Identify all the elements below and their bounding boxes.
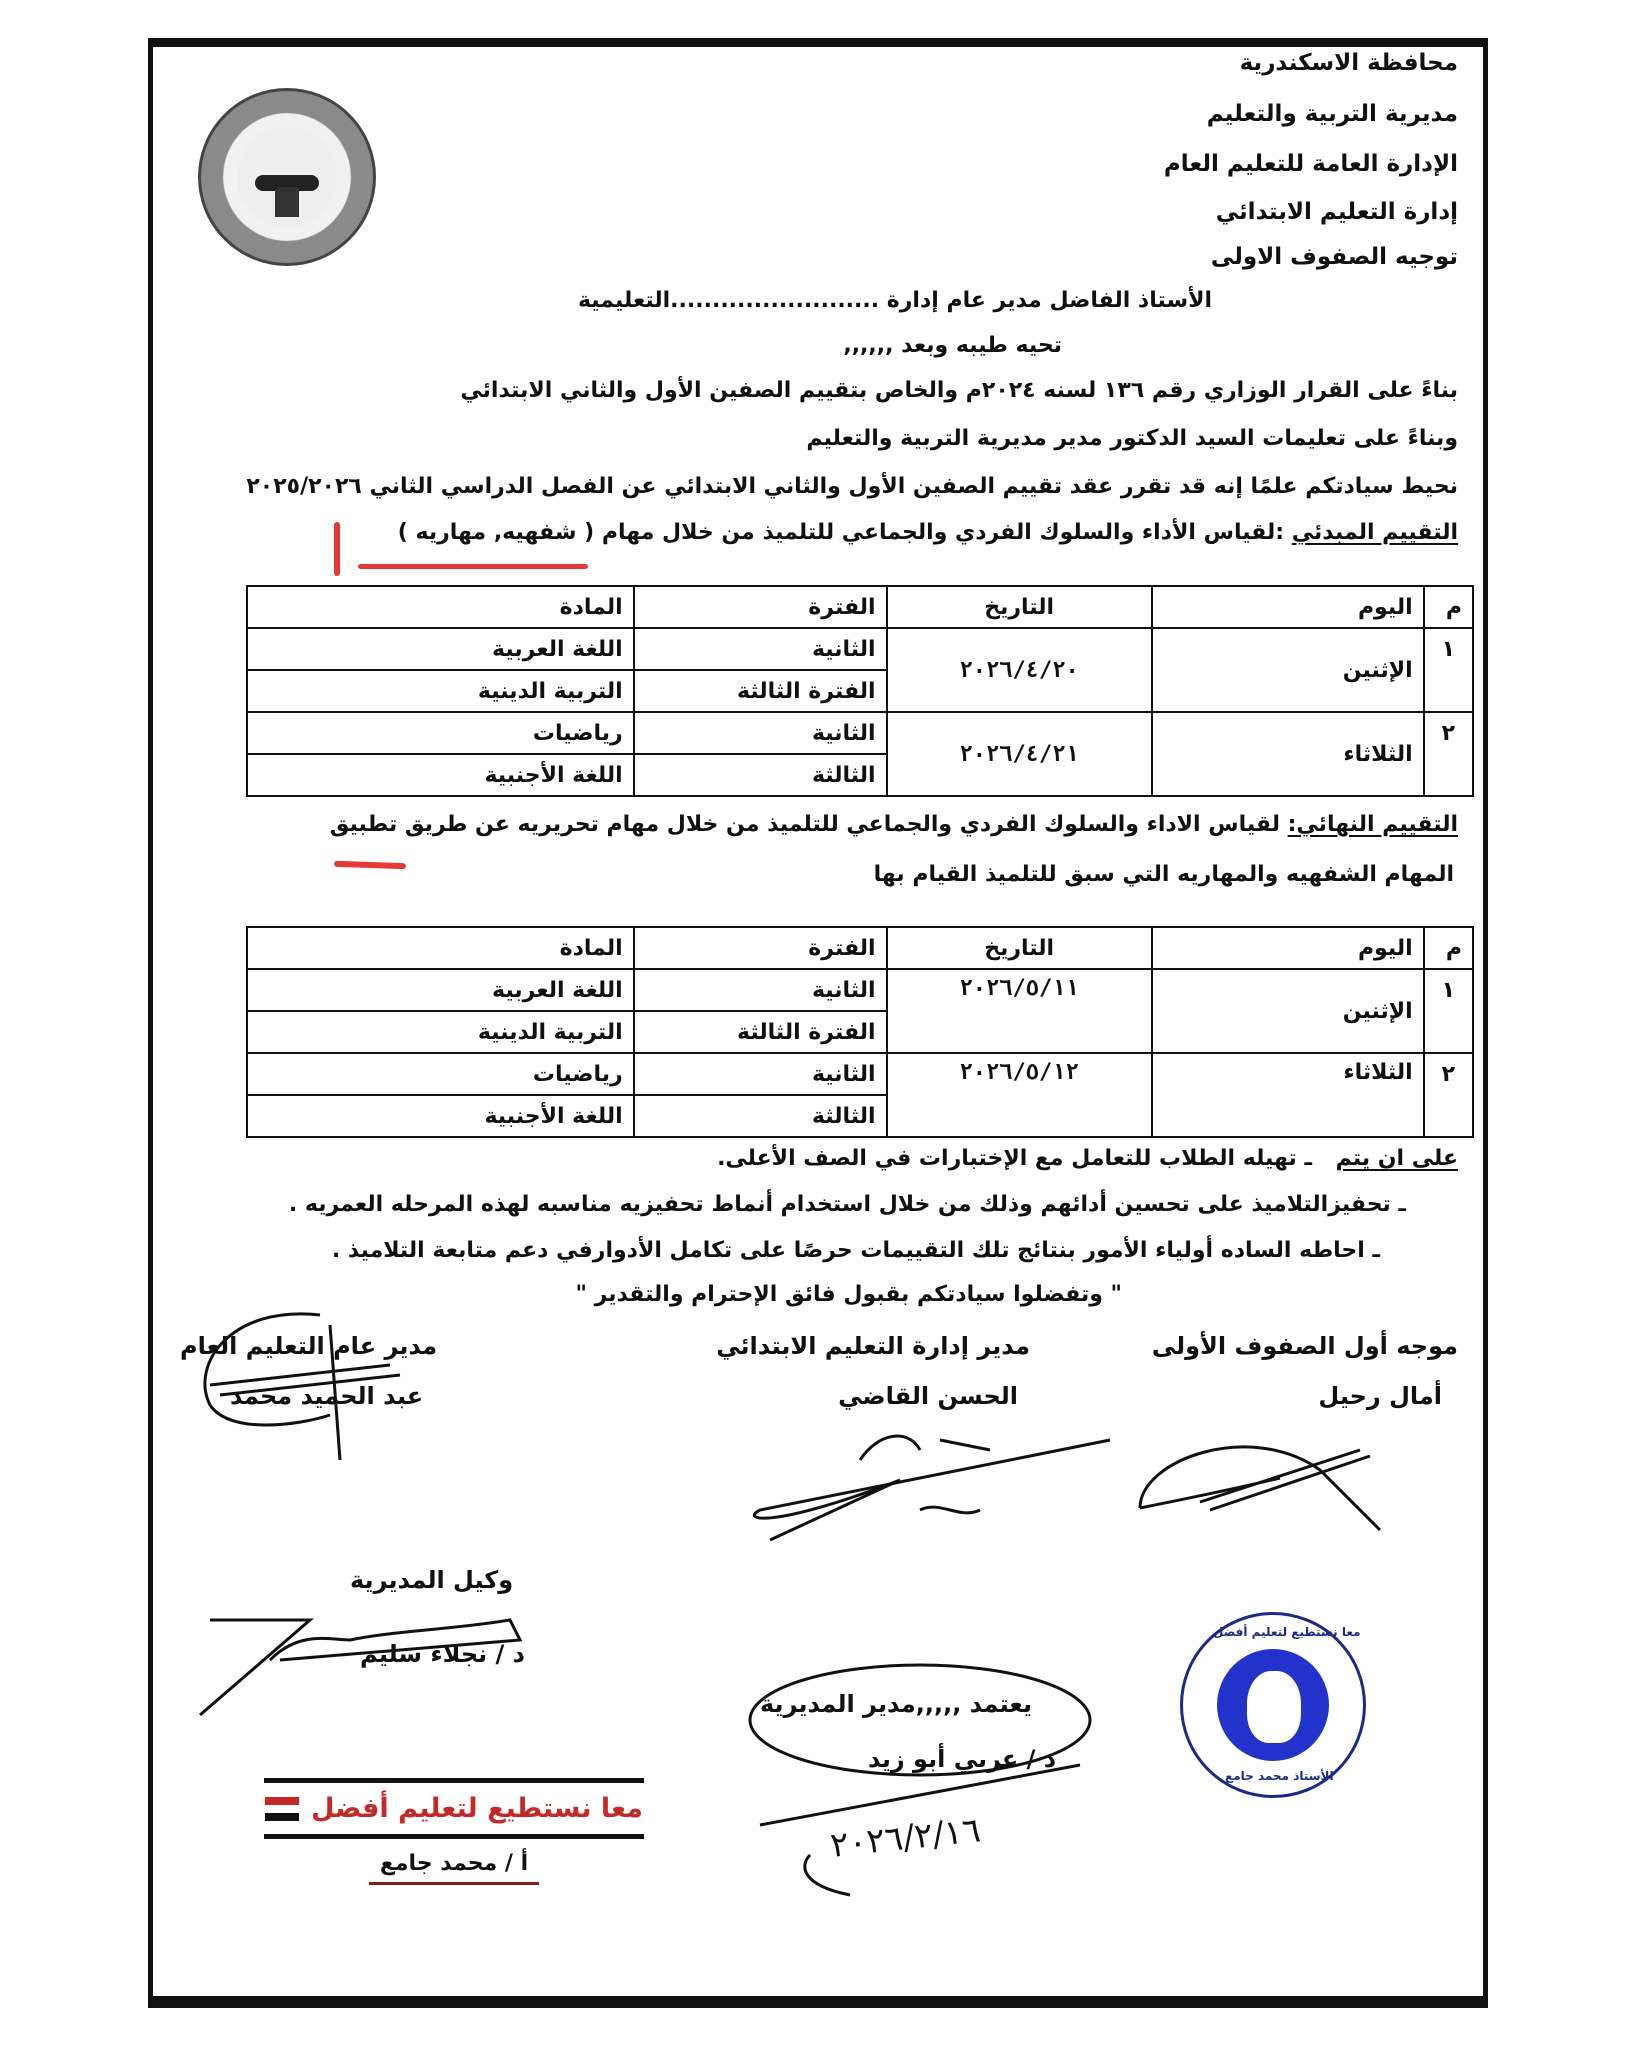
header-period: الفترة	[634, 927, 887, 969]
requirement-item: ـ احاطه الساده أولياء الأمور بنتائج تلك …	[332, 1238, 1380, 1263]
addressee-line: الأستاذ الفاضل مدير عام إدارة ..........…	[578, 288, 1212, 313]
requirement-item: ـ تهيله الطلاب للتعامل مع الإختبارات في …	[717, 1146, 1312, 1171]
final-schedule-table: م اليوم التاريخ الفترة المادة ١ الإثنين …	[246, 926, 1474, 1138]
row-subject: التربية الدينية	[247, 670, 634, 712]
author-name: أ / محمد جامع	[264, 1851, 644, 1876]
row-num: ١	[1424, 969, 1473, 1053]
header-date: التاريخ	[887, 586, 1152, 628]
header-num: م	[1424, 586, 1473, 628]
header-subject: المادة	[247, 927, 634, 969]
supervisor-title: موجه أول الصفوف الأولى	[1152, 1332, 1458, 1360]
header-day: اليوم	[1152, 586, 1424, 628]
primary-director-name: الحسن القاضي	[838, 1382, 1018, 1410]
divider	[264, 1834, 644, 1839]
row-subject: اللغة العربية	[247, 969, 634, 1011]
portrait-icon	[1217, 1649, 1329, 1761]
initial-assessment-text: :لقياس الأداء والسلوك الفردي والجماعي لل…	[398, 520, 1284, 545]
header-directorate: مديرية التربية والتعليم	[1207, 101, 1458, 127]
final-assessment-line: التقييم النهائي: لقياس الاداء والسلوك ال…	[330, 812, 1458, 837]
row-period: الفترة الثالثة	[634, 1011, 887, 1053]
header-department: توجيه الصفوف الاولى	[1211, 244, 1458, 270]
row-day: الإثنين	[1152, 969, 1424, 1053]
row-day: الإثنين	[1152, 628, 1424, 712]
slogan-text: معا نستطيع لتعليم أفضل	[311, 1793, 643, 1824]
header-date: التاريخ	[887, 927, 1152, 969]
initial-schedule-table: م اليوم التاريخ الفترة المادة ١ الإثنين …	[246, 585, 1474, 797]
supervisor-name: أمال رحيل	[1318, 1382, 1442, 1410]
slogan: معا نستطيع لتعليم أفضل	[264, 1783, 644, 1834]
row-date: ٢٠٢٦/٤/٢١	[887, 712, 1152, 796]
header-governorate: محافظة الاسكندرية	[1240, 50, 1458, 76]
paragraph-announcement: نحيط سيادتكم علمًا إنه قد تقرر عقد تقييم…	[246, 474, 1458, 499]
header-num: م	[1424, 927, 1473, 969]
row-day: الثلاثاء	[1152, 1053, 1424, 1137]
row-period: الثانية	[634, 1053, 887, 1095]
directorate-seal-icon	[198, 88, 376, 266]
greeting-line: تحيه طيبه وبعد ,,,,,,	[843, 333, 1062, 358]
initial-assessment-label: التقييم المبدئي	[1292, 520, 1458, 545]
row-subject: اللغة الأجنبية	[247, 754, 634, 796]
row-period: الثانية	[634, 969, 887, 1011]
paragraph-decree: بناءً على القرار الوزاري رقم ١٣٦ لسنه ٢٠…	[460, 378, 1458, 403]
row-subject: التربية الدينية	[247, 1011, 634, 1053]
row-period: الثالثة	[634, 1095, 887, 1137]
table-header-row: م اليوم التاريخ الفترة المادة	[247, 927, 1473, 969]
egypt-flag-icon	[265, 1797, 299, 1821]
row-period: الثانية	[634, 712, 887, 754]
table-header-row: م اليوم التاريخ الفترة المادة	[247, 586, 1473, 628]
row-date: ٢٠٢٦/٥/١٢	[887, 1053, 1152, 1137]
final-assessment-line-2: المهام الشفهيه والمهاريه التي سبق للتلمي…	[874, 862, 1454, 887]
deputy-title: وكيل المديرية	[350, 1566, 513, 1594]
row-num: ١	[1424, 628, 1473, 712]
author-underline	[369, 1882, 539, 1885]
general-director-signature-icon	[190, 1305, 450, 1465]
header-day: اليوم	[1152, 927, 1424, 969]
row-num: ٢	[1424, 712, 1473, 796]
row-subject: رياضيات	[247, 1053, 634, 1095]
teacher-seal-icon: معا نستطيع لتعليم أفضل الأستاذ محمد جامع	[1180, 1612, 1366, 1798]
table-row: ٢ الثلاثاء ٢٠٢٦/٤/٢١ الثانية رياضيات	[247, 712, 1473, 754]
red-marker-stroke-vertical	[334, 522, 340, 576]
paragraph-instructions: وبناءً على تعليمات السيد الدكتور مدير مد…	[806, 426, 1458, 451]
row-subject: اللغة العربية	[247, 628, 634, 670]
header-subject: المادة	[247, 586, 634, 628]
header-primary-admin: إدارة التعليم الابتدائي	[1216, 199, 1458, 225]
table-row: ٢ الثلاثاء ٢٠٢٦/٥/١٢ الثانية رياضيات	[247, 1053, 1473, 1095]
table-row: ١ الإثنين ٢٠٢٦/٥/١١ الثانية اللغة العربي…	[247, 969, 1473, 1011]
seal-ring-bottom: الأستاذ محمد جامع	[1225, 1769, 1334, 1783]
final-assessment-label: التقييم النهائي:	[1288, 812, 1458, 837]
row-subject: اللغة الأجنبية	[247, 1095, 634, 1137]
row-num: ٢	[1424, 1053, 1473, 1137]
requirement-item: ـ تحفيزالتلاميذ على تحسين أدائهم وذلك من…	[289, 1192, 1406, 1217]
row-period: الثالثة	[634, 754, 887, 796]
row-period: الفترة الثالثة	[634, 670, 887, 712]
slogan-block: معا نستطيع لتعليم أفضل أ / محمد جامع	[264, 1778, 644, 1885]
red-marker-underline-1	[358, 564, 588, 569]
initial-assessment-line: التقييم المبدئي :لقياس الأداء والسلوك ال…	[398, 520, 1458, 545]
primary-director-signature-icon	[740, 1420, 1120, 1550]
row-date: ٢٠٢٦/٥/١١	[887, 969, 1152, 1053]
row-date: ٢٠٢٦/٤/٢٠	[887, 628, 1152, 712]
primary-director-title: مدير إدارة التعليم الابتدائي	[716, 1332, 1030, 1360]
deputy-signature-icon	[200, 1600, 540, 1720]
row-day: الثلاثاء	[1152, 712, 1424, 796]
closing-line: " وتفضلوا سيادتكم بقبول فائق الإحترام وا…	[575, 1282, 1122, 1307]
row-period: الثانية	[634, 628, 887, 670]
header-general-admin: الإدارة العامة للتعليم العام	[1164, 151, 1458, 177]
row-subject: رياضيات	[247, 712, 634, 754]
final-assessment-text: لقياس الاداء والسلوك الفردي والجماعي للت…	[330, 812, 1280, 837]
requirements-label: على ان يتم	[1336, 1146, 1458, 1171]
supervisor-signature-icon	[1130, 1420, 1390, 1540]
table-row: ١ الإثنين ٢٠٢٦/٤/٢٠ الثانية اللغة العربي…	[247, 628, 1473, 670]
header-period: الفترة	[634, 586, 887, 628]
seal-ring-top: معا نستطيع لتعليم أفضل	[1213, 1625, 1361, 1639]
approval-signature-icon	[740, 1665, 1100, 1895]
